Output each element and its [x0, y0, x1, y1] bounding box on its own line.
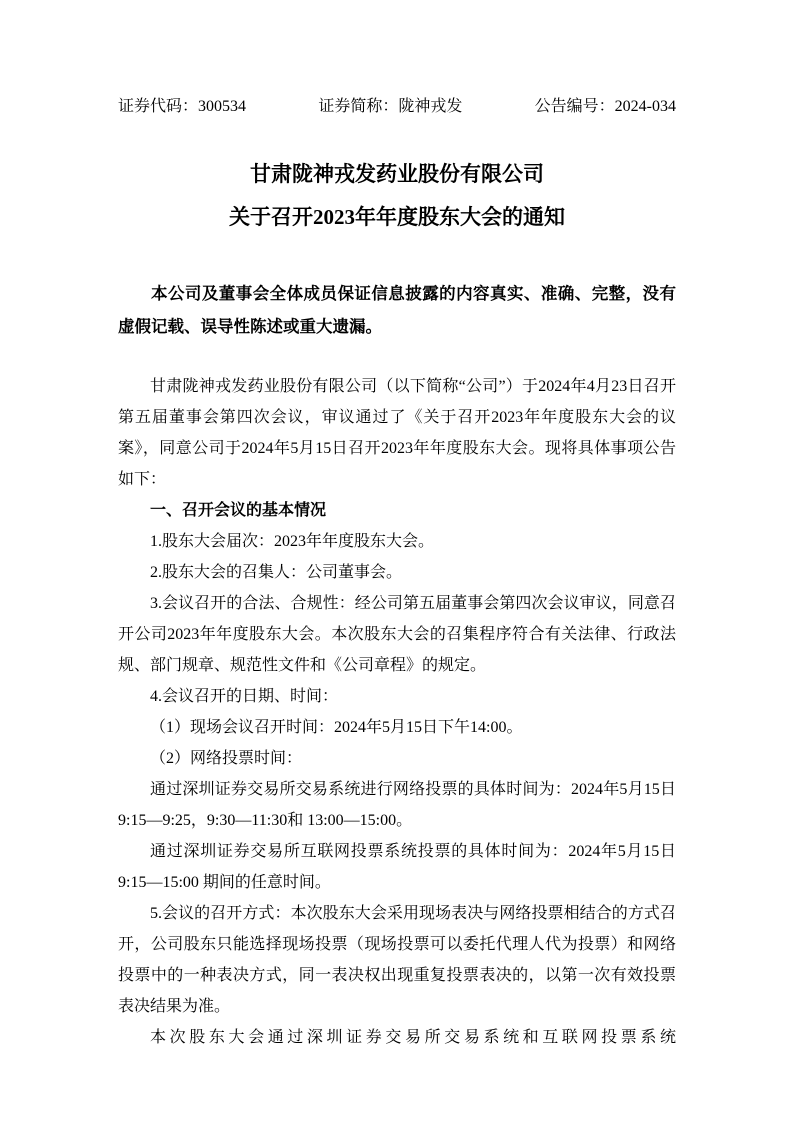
item-date-time: 4.会议召开的日期、时间：	[118, 681, 676, 712]
item-onsite-meeting-time: （1）现场会议召开时间：2024年5月15日下午14:00。	[118, 712, 676, 743]
announcement-title: 关于召开2023年年度股东大会的通知	[118, 203, 676, 231]
document-body: 甘肃陇神戎发药业股份有限公司（以下简称“公司”）于2024年4月23日召开第五届…	[118, 371, 676, 1053]
item-convener: 2.股东大会的召集人：公司董事会。	[118, 557, 676, 588]
announcement-number: 公告编号：2024-034	[535, 96, 676, 118]
document-header: 证券代码：300534 证券简称：陇神戎发 公告编号：2024-034	[118, 96, 676, 118]
item-trading-system-voting-time: 通过深圳证券交易所交易系统进行网络投票的具体时间为：2024年5月15日9:15…	[118, 774, 676, 836]
stock-code: 证券代码：300534	[118, 96, 246, 118]
section-heading-basic-info: 一、召开会议的基本情况	[118, 495, 676, 526]
intro-paragraph: 甘肃陇神戎发药业股份有限公司（以下简称“公司”）于2024年4月23日召开第五届…	[118, 371, 676, 495]
document-page: 证券代码：300534 证券简称：陇神戎发 公告编号：2024-034 甘肃陇神…	[0, 0, 794, 1122]
company-name-title: 甘肃陇神戎发药业股份有限公司	[118, 160, 676, 188]
item-internet-voting-time: 通过深圳证券交易所互联网投票系统投票的具体时间为：2024年5月15日9:15—…	[118, 836, 676, 898]
stock-abbreviation: 证券简称：陇神戎发	[318, 96, 462, 118]
disclaimer-paragraph: 本公司及董事会全体成员保证信息披露的内容真实、准确、完整，没有虚假记载、误导性陈…	[118, 277, 676, 343]
item-online-voting-time: （2）网络投票时间：	[118, 743, 676, 774]
item-meeting-session: 1.股东大会届次：2023年年度股东大会。	[118, 526, 676, 557]
item-legality: 3.会议召开的合法、合规性：经公司第五届董事会第四次会议审议，同意召开公司202…	[118, 588, 676, 681]
item-meeting-method: 5.会议的召开方式：本次股东大会采用现场表决与网络投票相结合的方式召开，公司股东…	[118, 898, 676, 1022]
item-continued-line: 本次股东大会通过深圳证券交易所交易系统和互联网投票系统	[118, 1022, 676, 1053]
